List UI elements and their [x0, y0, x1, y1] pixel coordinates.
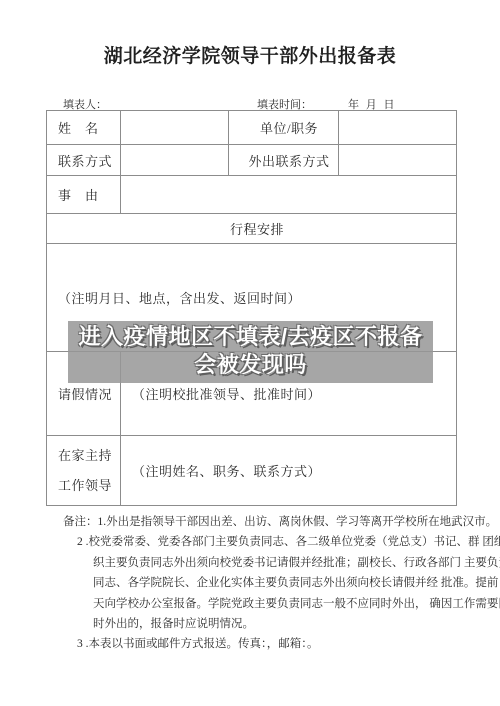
unit-title-value-cell — [339, 111, 457, 145]
outing-contact-value-cell — [339, 145, 457, 176]
home-leader-label-line1: 在家主持 — [58, 441, 120, 471]
note-line: 天向学校办公室报备。学院党政主要负责同志一般不应同时外出， 确因工作需要同 — [63, 594, 468, 614]
note-line: 2 .校党委常委、党委各部门主要负责同志、各二级单位党委（党总支）书记、群 团组 — [63, 532, 468, 552]
table-row: 行程安排 — [47, 214, 457, 244]
note-line: 3 .本表以书面或邮件方式报送。传真：，邮箱：。 — [63, 634, 468, 654]
note-line: 同志、各学院院长、企业化实体主要负责同志外出须向校长请假并经 批准。提前 2 — [63, 573, 468, 593]
home-leader-label-line2: 工作领导 — [58, 471, 120, 501]
table-row: 事 由 — [47, 176, 457, 214]
contact-label-cell: 联系方式 — [47, 145, 121, 176]
document-page: 湖北经济学院领导干部外出报备表 填表人： 填表时间： 年 月 日 姓 名 单位/… — [0, 0, 500, 706]
note-line: 时外出的，报备时应说明情况。 — [63, 614, 468, 634]
contact-value-cell — [121, 145, 229, 176]
watermark-caption-banner: 进入疫情地区不填表/去疫区不报备 会被发现吗 — [68, 321, 433, 383]
caption-line1: 进入疫情地区不填表/去疫区不报备 — [68, 323, 433, 351]
itinerary-header-cell: 行程安排 — [47, 214, 457, 244]
page-title: 湖北经济学院领导干部外出报备表 — [0, 41, 500, 68]
report-form-table: 姓 名 单位/职务 联系方式 外出联系方式 事 由 行程安排 （注明月日、地点，… — [46, 110, 457, 506]
footnotes: 备注：1.外出是指领导干部因出差、出访、离岗休假、学习等离开学校所在地武汉市。2… — [63, 512, 468, 655]
unit-title-label-cell: 单位/职务 — [229, 111, 339, 145]
note-line: 织主要负责同志外出须向校党委书记请假并经批准；副校长、行政各部门 主要负责 — [63, 553, 468, 573]
reason-value-cell — [121, 176, 457, 214]
reason-label-cell: 事 由 — [47, 176, 121, 214]
table-row: 在家主持 工作领导 （注明姓名、职务、联系方式） — [47, 436, 457, 506]
caption-line2: 会被发现吗 — [68, 351, 433, 379]
home-leader-note-cell: （注明姓名、职务、联系方式） — [121, 436, 457, 506]
note-line: 备注：1.外出是指领导干部因出差、出访、离岗休假、学习等离开学校所在地武汉市。 — [63, 512, 468, 532]
table-row: 联系方式 外出联系方式 — [47, 145, 457, 176]
outing-contact-label-cell: 外出联系方式 — [229, 145, 339, 176]
table-row: 姓 名 单位/职务 — [47, 111, 457, 145]
home-leader-label-cell: 在家主持 工作领导 — [47, 436, 121, 506]
name-value-cell — [121, 111, 229, 145]
name-label-cell: 姓 名 — [47, 111, 121, 145]
